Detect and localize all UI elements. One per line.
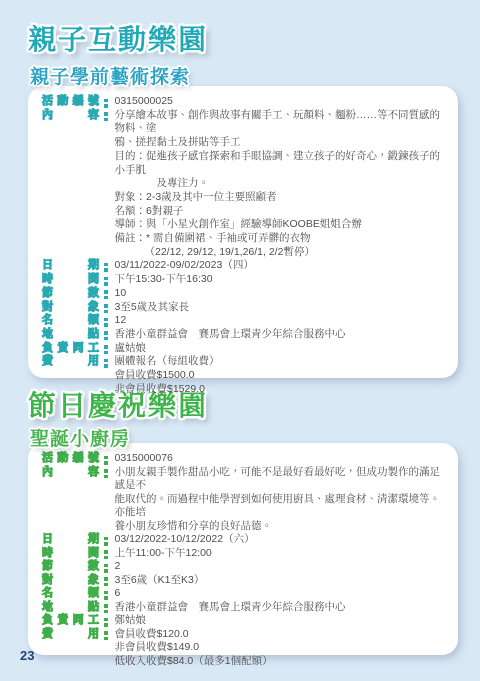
label-colon-icon — [104, 454, 108, 465]
label-colon-icon — [104, 603, 108, 614]
label-colon-icon — [104, 275, 108, 286]
fee-label: 費用 — [42, 628, 99, 642]
activity-number-value: 0315000025 — [115, 95, 449, 109]
label-colon-icon — [104, 289, 108, 300]
label-colon-icon — [104, 589, 108, 600]
sessions-label: 節數 — [42, 287, 99, 301]
venue-label: 地點 — [42, 601, 99, 615]
venue-row: 地點 香港小童群益會 賽馬會上環青少年綜合服務中心 — [42, 328, 448, 342]
time-row: 時間 下午15:30-下午16:30 — [42, 273, 448, 287]
date-label: 日期 — [42, 533, 99, 547]
date-label: 日期 — [42, 259, 99, 273]
section2-subtitle: 聖誕小廚房 — [30, 430, 130, 449]
time-label: 時間 — [42, 273, 99, 287]
content-line: 備註：* 需自備圍裙、手袖或可弄髒的衣物 — [115, 232, 449, 246]
sessions-row: 節數 10 — [42, 287, 448, 301]
sessions-value: 2 — [115, 560, 449, 574]
fee-line: 非會員收費$1529.0 — [115, 383, 449, 397]
venue-label: 地點 — [42, 328, 99, 342]
label-colon-icon — [104, 330, 108, 341]
staff-label: 負責同工 — [42, 342, 99, 356]
content-line: 名額：6對親子 — [115, 205, 449, 219]
brochure-page: 親子互動樂園 親子學前藝術探索 活動編號 0315000025 內容 分享繪本故… — [0, 0, 480, 681]
target-value: 3至6歲（K1至K3） — [115, 574, 449, 588]
staff-row: 負責同工 鄭姑娘 — [42, 614, 448, 628]
content-line: 目的：促進孩子感官探索和手眼協調、建立孩子的好奇心，鍛鍊孩子的小手肌 — [115, 150, 449, 177]
fee-value: 團體報名（每組收費） 會員收費$1500.0 非會員收費$1529.0 — [115, 355, 449, 396]
activity-number-row: 活動編號 0315000025 — [42, 95, 448, 109]
time-value: 上午11:00-下午12:00 — [115, 547, 449, 561]
section1-subtitle: 親子學前藝術探索 — [30, 68, 190, 87]
target-label: 對象 — [42, 301, 99, 315]
fee-label: 費用 — [42, 355, 99, 369]
content-line: （22/12, 29/12, 19/1,26/1, 2/2暫停） — [115, 246, 449, 260]
sessions-label: 節數 — [42, 560, 99, 574]
target-row: 對象 3至6歲（K1至K3） — [42, 574, 448, 588]
content-value: 小朋友親手製作甜品小吃，可能不是最好看最好吃，但成功製作的滿足感是不 能取代的。… — [115, 466, 449, 534]
label-colon-icon — [104, 344, 108, 355]
staff-value: 盧姑娘 — [115, 342, 449, 356]
fee-row: 費用 團體報名（每組收費） 會員收費$1500.0 非會員收費$1529.0 — [42, 355, 448, 396]
sessions-value: 10 — [115, 287, 449, 301]
content-line: 對象：2-3歲及其中一位主要照顧者 — [115, 191, 449, 205]
quota-value: 12 — [115, 314, 449, 328]
activity-number-row: 活動編號 0315000076 — [42, 452, 448, 466]
label-colon-icon — [104, 535, 108, 546]
section1-title: 親子互動樂園 — [28, 26, 208, 54]
date-value: 03/11/2022-09/02/2023（四） — [115, 259, 449, 273]
quota-row: 名額 6 — [42, 587, 448, 601]
venue-value: 香港小童群益會 賽馬會上環青少年綜合服務中心 — [115, 601, 449, 615]
date-row: 日期 03/12/2022-10/12/2022（六） — [42, 533, 448, 547]
quota-value: 6 — [115, 587, 449, 601]
target-row: 對象 3至5歲及其家長 — [42, 301, 448, 315]
content-row: 內容 分享繪本故事、創作與故事有關手工、玩顏料、麵粉……等不同質感的物料、塗 鴉… — [42, 109, 448, 260]
content-value: 分享繪本故事、創作與故事有關手工、玩顏料、麵粉……等不同質感的物料、塗 鴉、搓捏… — [115, 109, 449, 260]
quota-label: 名額 — [42, 587, 99, 601]
date-value: 03/12/2022-10/12/2022（六） — [115, 533, 449, 547]
target-value: 3至5歲及其家長 — [115, 301, 449, 315]
label-colon-icon — [104, 576, 108, 587]
fee-line: 非會員收費$149.0 — [115, 641, 449, 655]
content-line: 能取代的。而過程中能學習到如何使用廚具、處理食材、清潔環境等。亦能培 — [115, 493, 449, 520]
content-label: 內容 — [42, 466, 99, 480]
staff-label: 負責同工 — [42, 614, 99, 628]
content-line: 分享繪本故事、創作與故事有關手工、玩顏料、麵粉……等不同質感的物料、塗 — [115, 109, 449, 136]
venue-value: 香港小童群益會 賽馬會上環青少年綜合服務中心 — [115, 328, 449, 342]
label-colon-icon — [104, 261, 108, 272]
content-row: 內容 小朋友親手製作甜品小吃，可能不是最好看最好吃，但成功製作的滿足感是不 能取… — [42, 466, 448, 534]
staff-row: 負責同工 盧姑娘 — [42, 342, 448, 356]
page-number: 23 — [20, 648, 34, 663]
content-line: 養小朋友珍惜和分享的良好品德。 — [115, 520, 449, 534]
content-line: 導師：與「小星火創作室」經驗導師KOOBE姐姐合辦 — [115, 218, 449, 232]
activity-number-label: 活動編號 — [42, 95, 99, 109]
label-colon-icon — [104, 111, 108, 122]
fee-row: 費用 會員收費$120.0 非會員收費$149.0 低收入收費$84.0（最多1… — [42, 628, 448, 669]
fee-line: 會員收費$120.0 — [115, 628, 449, 642]
date-row: 日期 03/11/2022-09/02/2023（四） — [42, 259, 448, 273]
content-line: 小朋友親手製作甜品小吃，可能不是最好看最好吃，但成功製作的滿足感是不 — [115, 466, 449, 493]
label-colon-icon — [104, 303, 108, 314]
label-colon-icon — [104, 630, 108, 641]
label-colon-icon — [104, 357, 108, 368]
label-colon-icon — [104, 97, 108, 108]
time-label: 時間 — [42, 547, 99, 561]
activity-number-value: 0315000076 — [115, 452, 449, 466]
fee-line: 團體報名（每組收費） — [115, 355, 449, 369]
content-line: 及專注力。 — [115, 177, 449, 191]
label-colon-icon — [104, 468, 108, 479]
activity-card-2: 活動編號 0315000076 內容 小朋友親手製作甜品小吃，可能不是最好看最好… — [28, 443, 458, 655]
fee-line: 會員收費$1500.0 — [115, 369, 449, 383]
sessions-row: 節數 2 — [42, 560, 448, 574]
target-label: 對象 — [42, 574, 99, 588]
time-row: 時間 上午11:00-下午12:00 — [42, 547, 448, 561]
fee-value: 會員收費$120.0 非會員收費$149.0 低收入收費$84.0（最多1個配額… — [115, 628, 449, 669]
venue-row: 地點 香港小童群益會 賽馬會上環青少年綜合服務中心 — [42, 601, 448, 615]
label-colon-icon — [104, 549, 108, 560]
content-line: 鴉、搓捏黏土及拼貼等手工 — [115, 136, 449, 150]
activity-number-label: 活動編號 — [42, 452, 99, 466]
label-colon-icon — [104, 616, 108, 627]
label-colon-icon — [104, 562, 108, 573]
quota-label: 名額 — [42, 314, 99, 328]
quota-row: 名額 12 — [42, 314, 448, 328]
fee-line: 低收入收費$84.0（最多1個配額） — [115, 655, 449, 669]
time-value: 下午15:30-下午16:30 — [115, 273, 449, 287]
content-label: 內容 — [42, 109, 99, 123]
staff-value: 鄭姑娘 — [115, 614, 449, 628]
activity-card-1: 活動編號 0315000025 內容 分享繪本故事、創作與故事有關手工、玩顏料、… — [28, 86, 458, 378]
label-colon-icon — [104, 316, 108, 327]
